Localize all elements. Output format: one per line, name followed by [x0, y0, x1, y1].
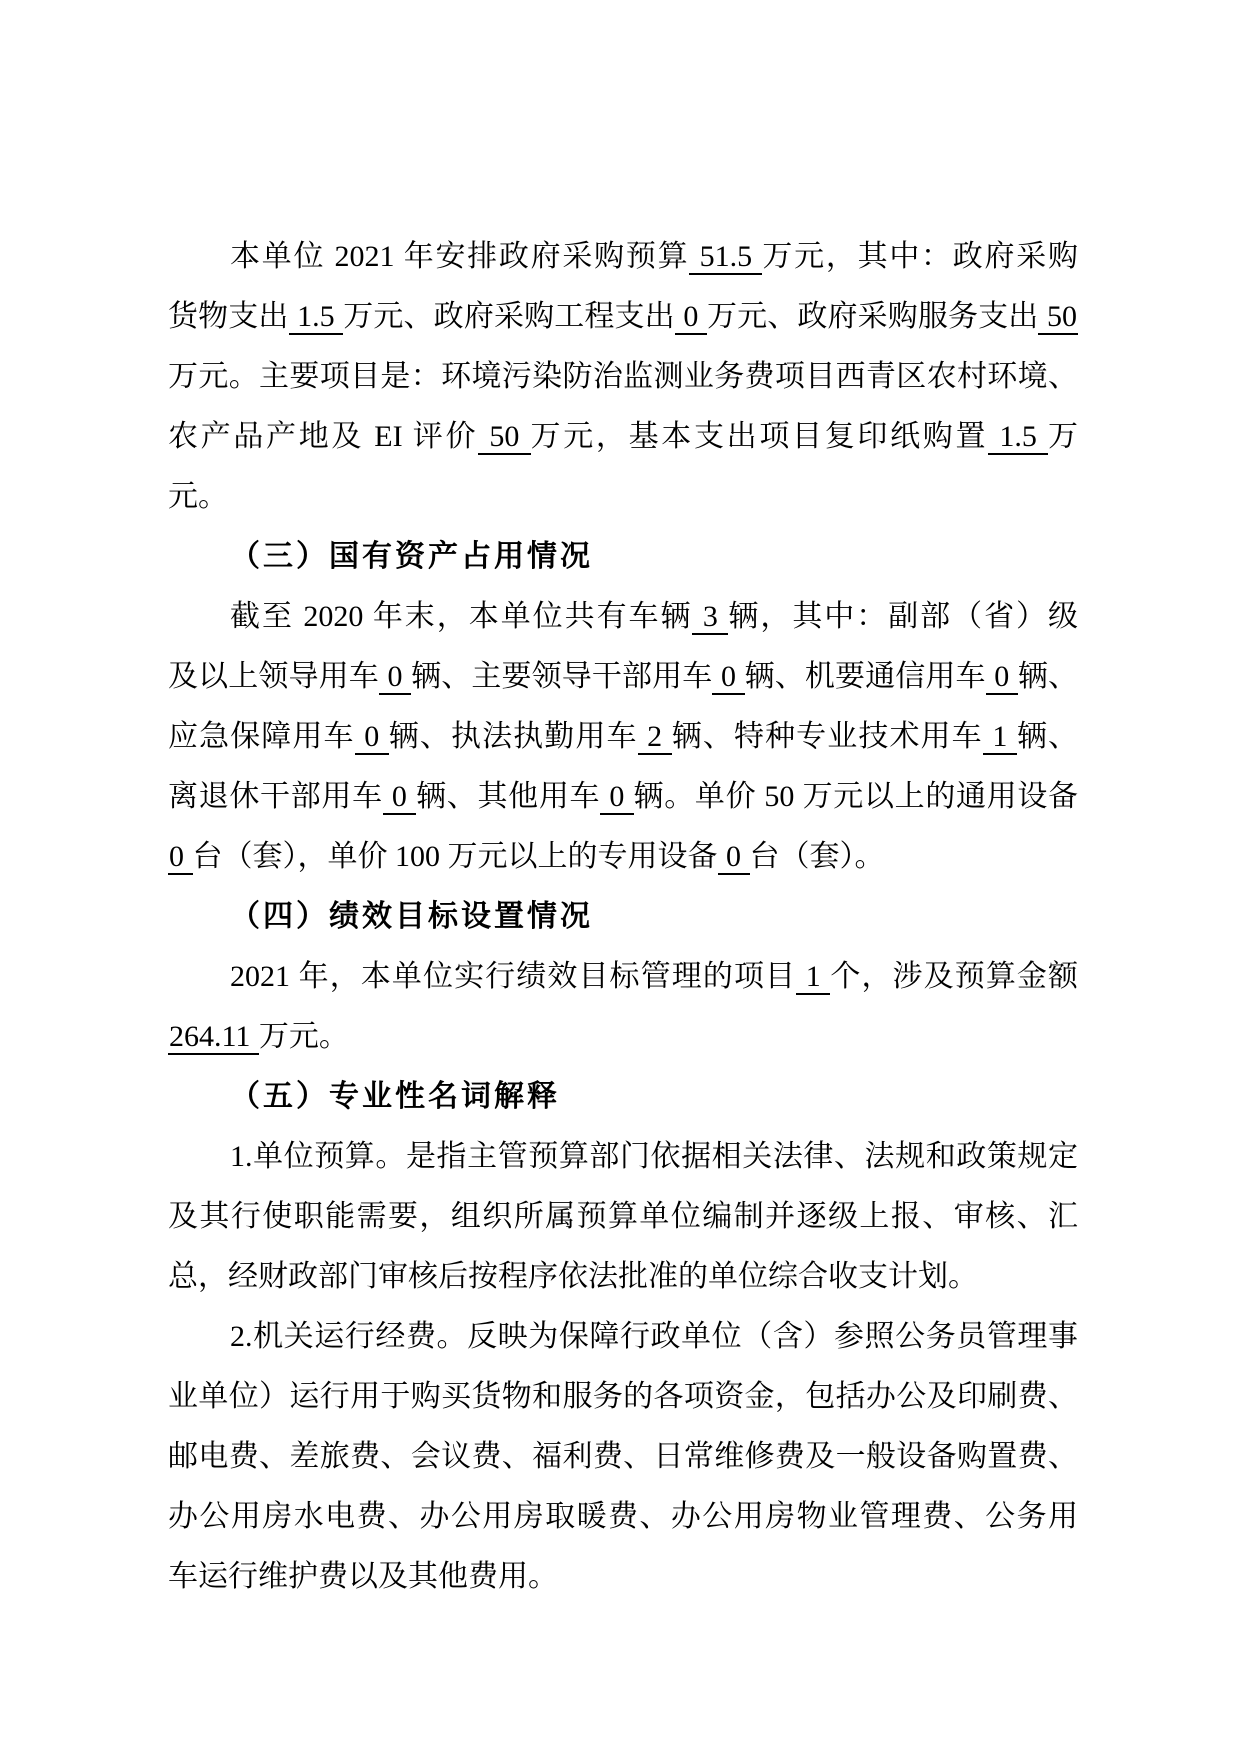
- underlined-value: 51.5: [689, 240, 762, 275]
- section-heading: （四）绩效目标设置情况: [168, 887, 1078, 947]
- underlined-value: 264.11: [168, 1020, 259, 1055]
- document-body: 本单位 2021 年安排政府采购预算 51.5 万元，其中：政府采购货物支出 1…: [168, 227, 1078, 1607]
- text-line: 业单位）运行用于购买货物和服务的各项资金，包括办公及印刷费、: [168, 1367, 1078, 1427]
- underlined-value: 1.5: [988, 420, 1048, 455]
- underlined-value: 2: [638, 720, 672, 755]
- text-line: 农产品产地及 EI 评价 50 万元，基本支出项目复印纸购置 1.5 万: [168, 407, 1078, 467]
- underlined-value: 50: [1038, 300, 1078, 335]
- section-heading: （五）专业性名词解释: [168, 1067, 1078, 1127]
- text-line: 1.单位预算。是指主管预算部门依据相关法律、法规和政策规定: [168, 1127, 1078, 1187]
- text-line: 邮电费、差旅费、会议费、福利费、日常维修费及一般设备购置费、: [168, 1427, 1078, 1487]
- underlined-value: 0: [355, 720, 389, 755]
- underlined-value: 1: [983, 720, 1017, 755]
- text-line: 截至 2020 年末，本单位共有车辆 3 辆，其中：副部（省）级: [168, 587, 1078, 647]
- underlined-value: 50: [478, 420, 530, 455]
- underlined-value: 0: [600, 780, 633, 815]
- text-line: 2.机关运行经费。反映为保障行政单位（含）参照公务员管理事: [168, 1307, 1078, 1367]
- section-heading: （三）国有资产占用情况: [168, 527, 1078, 587]
- text-line: 264.11 万元。: [168, 1007, 1078, 1067]
- text-line: 元。: [168, 467, 1078, 527]
- underlined-value: 0: [168, 840, 193, 875]
- text-line: 及以上领导用车 0 辆、主要领导干部用车 0 辆、机要通信用车 0 辆、: [168, 647, 1078, 707]
- text-line: 应急保障用车 0 辆、执法执勤用车 2 辆、特种专业技术用车 1 辆、: [168, 707, 1078, 767]
- text-line: 总，经财政部门审核后按程序依法批准的单位综合收支计划。: [168, 1247, 1078, 1307]
- underlined-value: 0: [383, 780, 416, 815]
- text-line: 2021 年，本单位实行绩效目标管理的项目 1 个，涉及预算金额: [168, 947, 1078, 1007]
- text-line: 及其行使职能需要，组织所属预算单位编制并逐级上报、审核、汇: [168, 1187, 1078, 1247]
- underlined-value: 0: [379, 660, 411, 695]
- text-line: 离退休干部用车 0 辆、其他用车 0 辆。单价 50 万元以上的通用设备: [168, 767, 1078, 827]
- underlined-value: 1.5: [289, 300, 344, 335]
- underlined-value: 0: [718, 840, 750, 875]
- text-line: 货物支出 1.5 万元、政府采购工程支出 0 万元、政府采购服务支出 50: [168, 287, 1078, 347]
- text-line: 万元。主要项目是：环境污染防治监测业务费项目西青区农村环境、: [168, 347, 1078, 407]
- document-page: 本单位 2021 年安排政府采购预算 51.5 万元，其中：政府采购货物支出 1…: [0, 0, 1241, 1755]
- underlined-value: 0: [712, 660, 744, 695]
- text-line: 本单位 2021 年安排政府采购预算 51.5 万元，其中：政府采购: [168, 227, 1078, 287]
- text-line: 办公用房水电费、办公用房取暖费、办公用房物业管理费、公务用: [168, 1487, 1078, 1547]
- underlined-value: 1: [796, 960, 830, 995]
- text-line: 车运行维护费以及其他费用。: [168, 1547, 1078, 1607]
- text-line: 0 台（套），单价 100 万元以上的专用设备 0 台（套）。: [168, 827, 1078, 887]
- underlined-value: 0: [675, 300, 707, 335]
- underlined-value: 0: [986, 660, 1018, 695]
- underlined-value: 3: [692, 600, 728, 635]
